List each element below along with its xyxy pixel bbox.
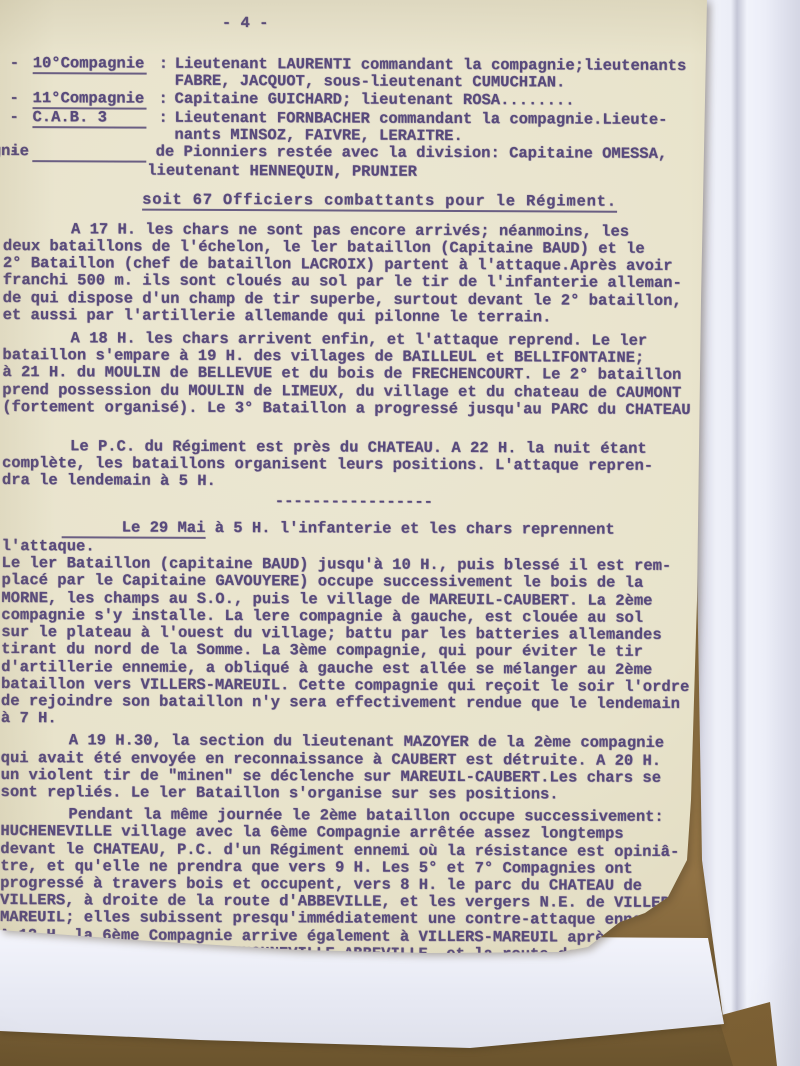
section-heading-text: soit 67 Officiers combattants pour le Ré…	[142, 190, 617, 212]
company-label-cell: 11°Compagnie	[33, 90, 159, 110]
paragraph-a-17h: A 17 H. les chars ne sont pas encore arr…	[3, 221, 706, 327]
colon: :	[158, 110, 174, 127]
paragraph-29-mai: Le 29 Mai à 5 H. l'infanterie et les cha…	[1, 519, 705, 731]
company-label: 11°Compagnie	[33, 90, 147, 110]
dashed-separator: -----------------	[275, 493, 705, 512]
company-officers: Capitaine GUICHARD; lieutenant ROSA.....…	[175, 90, 707, 110]
company-label-cell: C.A.B. 3	[32, 109, 158, 129]
roster-row-cab-3: - C.A.B. 3 : Lieutenant FORNBACHER comma…	[3, 109, 706, 146]
company-label: 10°Compagnie	[33, 55, 147, 75]
roster-row-13e-compagnie: - 13°Compagnie de Pionniers restée avec …	[3, 143, 706, 182]
page-content: - 4 - - 10°Compagnie : Lieutenant LAUREN…	[0, 0, 707, 964]
paragraph-pc-regiment: Le P.C. du Régiment est près du CHATEAU.…	[2, 438, 705, 493]
dash-bullet: -	[4, 55, 33, 72]
colon: :	[159, 90, 175, 107]
company-label: C.A.B. 3	[32, 109, 146, 129]
company-officers: Lieutenant LAURENTI commandant la compag…	[175, 56, 707, 93]
page-number: - 4 -	[222, 15, 707, 34]
page-shadow: - 4 - - 10°Compagnie : Lieutenant LAUREN…	[0, 0, 800, 1066]
company-label-cell: 10°Compagnie	[33, 55, 159, 75]
section-heading: soit 67 Officiers combattants pour le Ré…	[142, 191, 706, 211]
paragraph-19h30: A 19 H.30, la section du lieutenant MAZO…	[1, 732, 704, 804]
company-text: de Pionniers restée avec la division: Ca…	[146, 143, 667, 181]
typewritten-page: - 4 - - 10°Compagnie : Lieutenant LAUREN…	[0, 0, 800, 1066]
roster-row-10e-compagnie: - 10°Compagnie : Lieutenant LAURENTI com…	[4, 55, 707, 92]
officer-roster: - 10°Compagnie : Lieutenant LAURENTI com…	[3, 55, 707, 182]
company-officers: Lieutenant FORNBACHER commandant la comp…	[174, 110, 706, 147]
paragraph-a-18h: A 18 H. les chars arrivent enfin, et l'a…	[2, 330, 705, 419]
paragraph-29-mai-text: à 5 H. l'infanterie et les chars reprenn…	[1, 519, 690, 728]
colon: :	[159, 56, 175, 73]
dash-bullet: -	[3, 109, 32, 126]
company-officers: 13°Compagnie de Pionniers restée avec la…	[32, 143, 706, 182]
paragraph-pendant-journee: Pendant la même journée le 2ème bataillo…	[0, 806, 703, 964]
dash-bullet: -	[4, 90, 33, 107]
date-29-mai: Le 29 Mai	[62, 519, 206, 539]
photo-of-typewritten-document: - 4 - - 10°Compagnie : Lieutenant LAUREN…	[0, 0, 800, 1066]
company-label: 13°Compagnie	[32, 143, 146, 163]
